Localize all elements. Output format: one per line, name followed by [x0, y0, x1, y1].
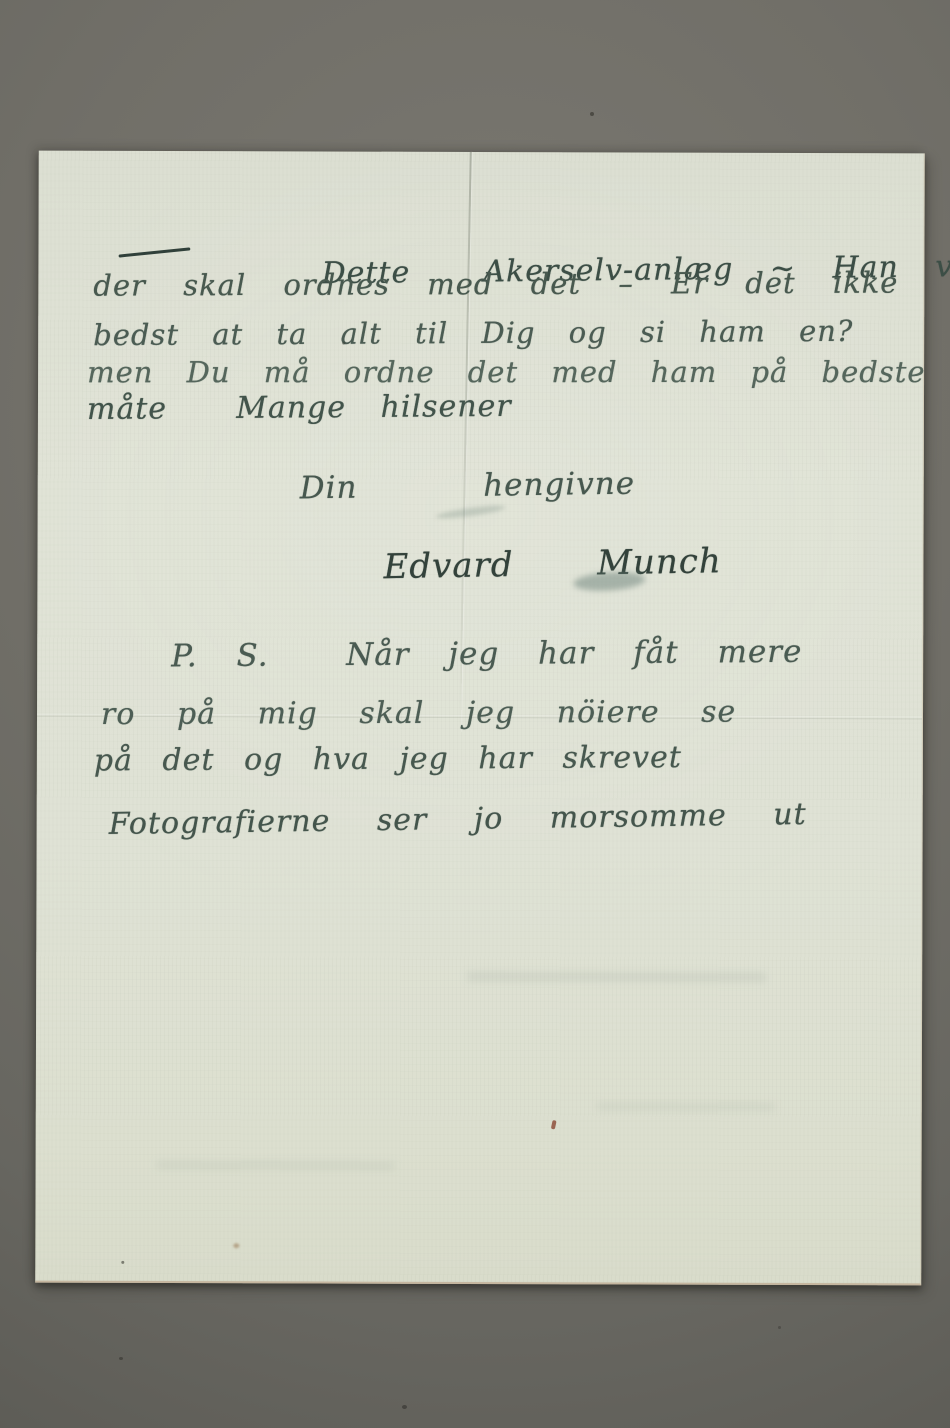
postscript-line-2: ro på mig skal jeg nöiere se: [101, 695, 736, 732]
letter-line-5: måte Mange hilsener: [87, 389, 512, 427]
show-through-mark: [466, 972, 766, 982]
show-through-mark: [596, 1102, 776, 1111]
valediction: Din hengivne: [299, 466, 635, 507]
brown-stain-speck: [233, 1243, 239, 1248]
postscript-line-1: P. S. Når jeg har fåt mere: [171, 634, 802, 675]
backdrop-speck: [119, 1357, 123, 1360]
signature: Edvard Munch: [383, 541, 722, 587]
ink-smudge-under-valediction: [435, 503, 505, 520]
letter-line-4: men Du må ordne det med ham på bedste: [87, 355, 925, 389]
backdrop-speck: [778, 1326, 781, 1329]
red-ink-speck: [551, 1120, 557, 1130]
backdrop-speck: [402, 1405, 407, 1409]
postscript-line-4: Fotografierne ser jo morsomme ut: [108, 797, 806, 842]
dark-paper-speck: [121, 1261, 124, 1264]
postscript-line-3: på det og hva jeg har skrevet: [94, 740, 682, 778]
letter-page: Dette Akerselv-anlæg ~ Han vil vist der …: [35, 151, 925, 1286]
photograph-of-letter: Dette Akerselv-anlæg ~ Han vil vist der …: [0, 0, 950, 1428]
show-through-mark: [156, 1161, 396, 1170]
backdrop-speck: [590, 112, 594, 116]
dark-paper-speck: [342, 342, 345, 345]
letter-line-3: bedst at ta alt til Dig og si ham en?: [93, 314, 853, 352]
letter-line-2: der skal ordnes med det – Er det ikke: [93, 266, 898, 303]
